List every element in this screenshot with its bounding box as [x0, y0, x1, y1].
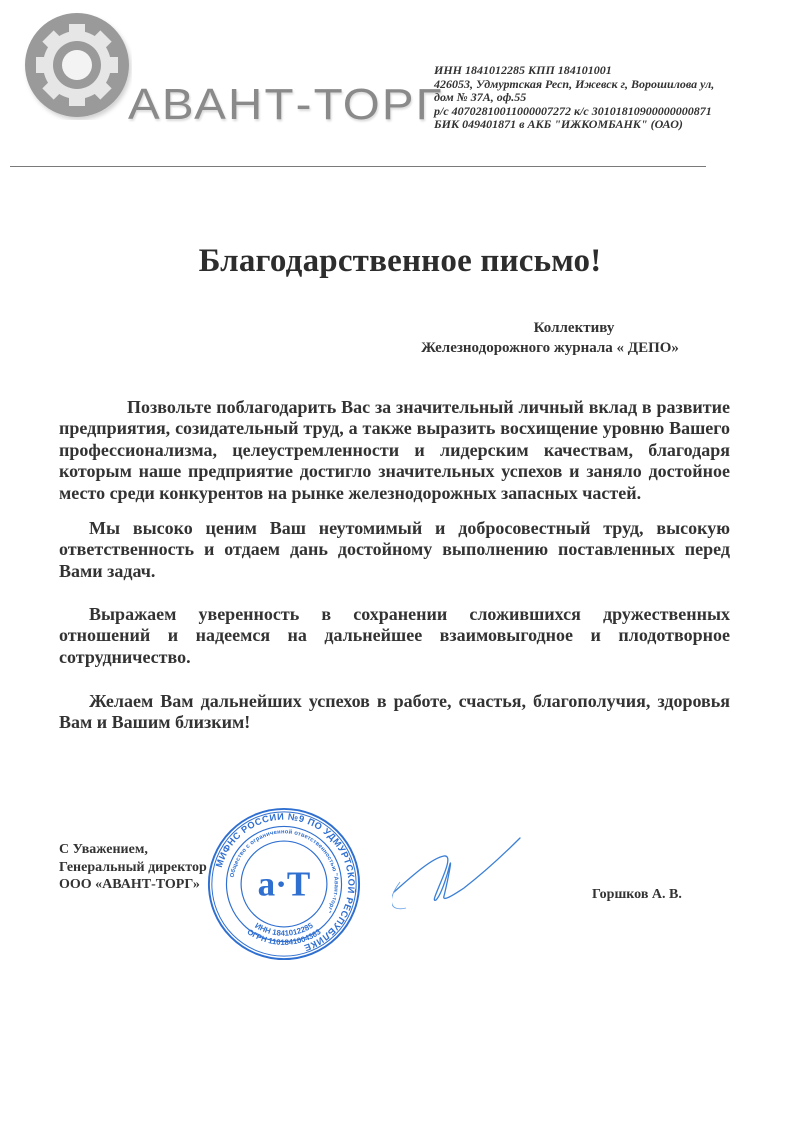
paragraph-text: Желаем Вам дальнейших успехов в работе, … [59, 691, 730, 734]
closing-company: ООО «АВАНТ-ТОРГ» [59, 876, 207, 894]
signature [392, 830, 532, 930]
requisite-bik: БИК 049401871 в АКБ "ИЖКОМБАНК" (ОАО) [434, 118, 734, 132]
requisite-bank-accounts: р/с 40702810011000007272 к/с 30101810900… [434, 105, 734, 119]
letter-paragraph-3: Выражаем уверенность в сохранении сложив… [59, 604, 730, 668]
letter-title: Благодарственное письмо! [0, 243, 800, 280]
requisite-inn-kpp: ИНН 1841012285 КПП 184101001 [434, 64, 734, 78]
paragraph-text: Выражаем уверенность в сохранении сложив… [59, 604, 730, 668]
stamp-center-mark: а·Т [258, 865, 311, 904]
requisite-address: 426053, Удмуртская Респ, Ижевск г, Ворош… [434, 78, 734, 92]
requisite-house: дом № 37А, оф.55 [434, 91, 734, 105]
paragraph-text: Позвольте поблагодарить Вас за значитель… [59, 397, 730, 504]
addressee: Коллективу Железнодорожного журнала « ДЕ… [400, 318, 700, 358]
company-stamp: МИФНС РОССИИ №9 ПО УДМУРТСКОЙ РЕСПУБЛИКЕ… [206, 806, 362, 962]
addressee-line-1: Коллективу [400, 318, 700, 338]
addressee-line-2: Железнодорожного журнала « ДЕПО» [400, 338, 700, 358]
company-logo: АВАНТ-ТОРГ [22, 10, 432, 130]
closing-block: С Уважением, Генеральный директор ООО «А… [59, 841, 207, 894]
letter-paragraph-4: Желаем Вам дальнейших успехов в работе, … [59, 691, 730, 734]
signer-name: Горшков А. В. [592, 887, 682, 903]
company-requisites: ИНН 1841012285 КПП 184101001 426053, Удм… [434, 64, 734, 132]
gear-icon [22, 10, 132, 120]
closing-position: Генеральный директор [59, 859, 207, 877]
letter-paragraph-1: Позвольте поблагодарить Вас за значитель… [59, 397, 730, 504]
closing-regards: С Уважением, [59, 841, 207, 859]
company-logo-text: АВАНТ-ТОРГ [128, 80, 444, 130]
paragraph-text: Мы высоко ценим Ваш неутомимый и добросо… [59, 518, 730, 582]
letter-paragraph-2: Мы высоко ценим Ваш неутомимый и добросо… [59, 518, 730, 582]
header-divider [10, 166, 706, 167]
